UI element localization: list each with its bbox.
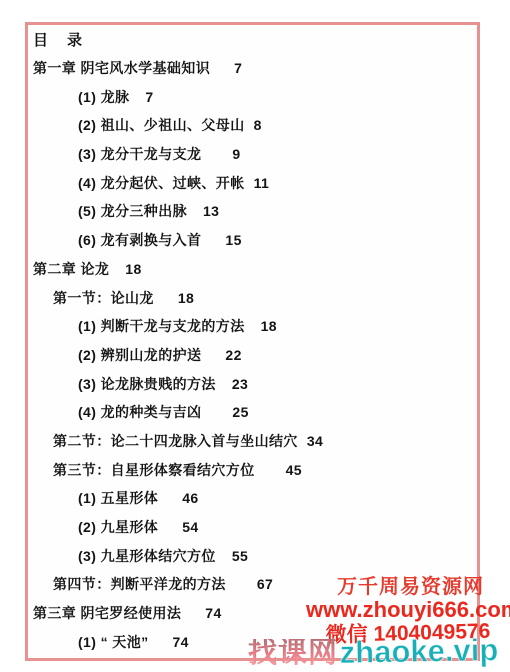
toc-entry-label: 第二节：论二十四龙脉入首与坐山结穴 bbox=[53, 431, 298, 451]
toc-entry-page: 23 bbox=[232, 376, 248, 392]
toc-entry: (1) 五星形体 46 bbox=[28, 484, 477, 513]
toc-entry-label: (2) 九星形体 bbox=[78, 517, 158, 537]
toc-entry-label: (1) 龙脉 bbox=[78, 87, 129, 107]
toc-entry-label: (2) 祖山、少祖山、父母山 bbox=[78, 115, 245, 135]
watermark-site-name: 万千周易资源网 bbox=[337, 577, 484, 597]
watermark-zhaoke-domain: zhaoke.vip bbox=[339, 634, 498, 668]
toc-entry-label: 第一节：论山龙 bbox=[53, 288, 154, 308]
toc-entry-page: 74 bbox=[173, 634, 189, 650]
toc-entry-label: (6) 龙有剥换与入首 bbox=[78, 230, 201, 250]
toc-entry: (2) 辨别山龙的护送 22 bbox=[28, 341, 477, 370]
toc-entry: 第二章 论龙 18 bbox=[28, 255, 477, 284]
toc-entry-page: 18 bbox=[261, 318, 277, 334]
toc-entry-page: 8 bbox=[254, 117, 262, 133]
toc-entry-label: (3) 九星形体结穴方位 bbox=[78, 546, 216, 566]
toc-entry-page: 7 bbox=[145, 89, 153, 105]
toc-entry-label: 第二章 论龙 bbox=[33, 259, 109, 279]
toc-entry: 第一章 阴宅风水学基础知识 7 bbox=[28, 54, 477, 83]
toc-entry-page: 74 bbox=[205, 605, 221, 621]
toc-entry-label: (4) 龙分起伏、过峡、开帐 bbox=[78, 173, 245, 193]
toc-entry-page: 18 bbox=[125, 261, 141, 277]
toc-entry: (6) 龙有剥换与入首 15 bbox=[28, 226, 477, 255]
toc-entry: (4) 龙的种类与吉凶 25 bbox=[28, 398, 477, 427]
toc-entry-page: 7 bbox=[234, 60, 242, 76]
toc-entry: (3) 九星形体结穴方位 55 bbox=[28, 541, 477, 570]
toc-entry-label: 第三章 阴宅罗经使用法 bbox=[33, 603, 181, 623]
toc-entry-page: 25 bbox=[232, 404, 248, 420]
toc-entry: (3) 龙分干龙与支龙 9 bbox=[28, 140, 477, 169]
toc-entry-page: 54 bbox=[182, 519, 198, 535]
toc-entry: 第三节：自星形体察看结穴方位 45 bbox=[28, 455, 477, 484]
toc-entry: (2) 九星形体 54 bbox=[28, 513, 477, 542]
toc-entry-label: (1) “ 天池” bbox=[78, 632, 149, 652]
toc-entry-page: 46 bbox=[182, 490, 198, 506]
toc-entry-page: 11 bbox=[254, 175, 270, 191]
toc-entry-label: (3) 论龙脉贵贱的方法 bbox=[78, 374, 216, 394]
toc-entry: (1) 判断干龙与支龙的方法 18 bbox=[28, 312, 477, 341]
toc-entry: 第一节：论山龙 18 bbox=[28, 283, 477, 312]
page-title-text: 目 录 bbox=[33, 29, 84, 50]
toc-entry-label: (1) 判断干龙与支龙的方法 bbox=[78, 316, 245, 336]
toc-entry-page: 15 bbox=[225, 232, 241, 248]
toc-entry-page: 13 bbox=[203, 203, 219, 219]
watermark-zhaoke-cn: 找课网 bbox=[248, 639, 338, 668]
toc-entry-label: (1) 五星形体 bbox=[78, 488, 158, 508]
toc-entry: (2) 祖山、少祖山、父母山 8 bbox=[28, 111, 477, 140]
watermark-zhaoke: 找课网 zhaoke.vip bbox=[248, 637, 499, 668]
toc-entry-label: 第三节：自星形体察看结穴方位 bbox=[53, 460, 255, 480]
toc-entry-page: 34 bbox=[307, 433, 323, 449]
toc-entry-label: (4) 龙的种类与吉凶 bbox=[78, 402, 201, 422]
toc-entry-page: 18 bbox=[178, 290, 194, 306]
toc-entry-label: (3) 龙分干龙与支龙 bbox=[78, 144, 201, 164]
toc-entry: (1) 龙脉 7 bbox=[28, 82, 477, 111]
toc-entry-label: (5) 龙分三种出脉 bbox=[78, 201, 187, 221]
toc-entry: (4) 龙分起伏、过峡、开帐 11 bbox=[28, 168, 477, 197]
toc-box: 目 录 第一章 阴宅风水学基础知识 7 (1) 龙脉 7 (2) 祖山、少祖山、… bbox=[25, 22, 480, 661]
toc-entry: (3) 论龙脉贵贱的方法 23 bbox=[28, 369, 477, 398]
toc-entry-page: 22 bbox=[225, 347, 241, 363]
toc-entry-label: (2) 辨别山龙的护送 bbox=[78, 345, 201, 365]
toc-entry-label: 第四节：判断平洋龙的方法 bbox=[53, 574, 226, 594]
toc-entry-page: 67 bbox=[257, 576, 273, 592]
watermark-site-url: www.zhouyi666.com bbox=[306, 599, 510, 621]
toc-entry-page: 45 bbox=[286, 462, 302, 478]
toc-entry: 第二节：论二十四龙脉入首与坐山结穴 34 bbox=[28, 427, 477, 456]
toc-entry-page: 55 bbox=[232, 548, 248, 564]
toc-entry: (5) 龙分三种出脉 13 bbox=[28, 197, 477, 226]
toc-entry-page: 9 bbox=[232, 146, 240, 162]
toc-entry-label: 第一章 阴宅风水学基础知识 bbox=[33, 58, 210, 78]
page-title: 目 录 bbox=[28, 25, 477, 54]
